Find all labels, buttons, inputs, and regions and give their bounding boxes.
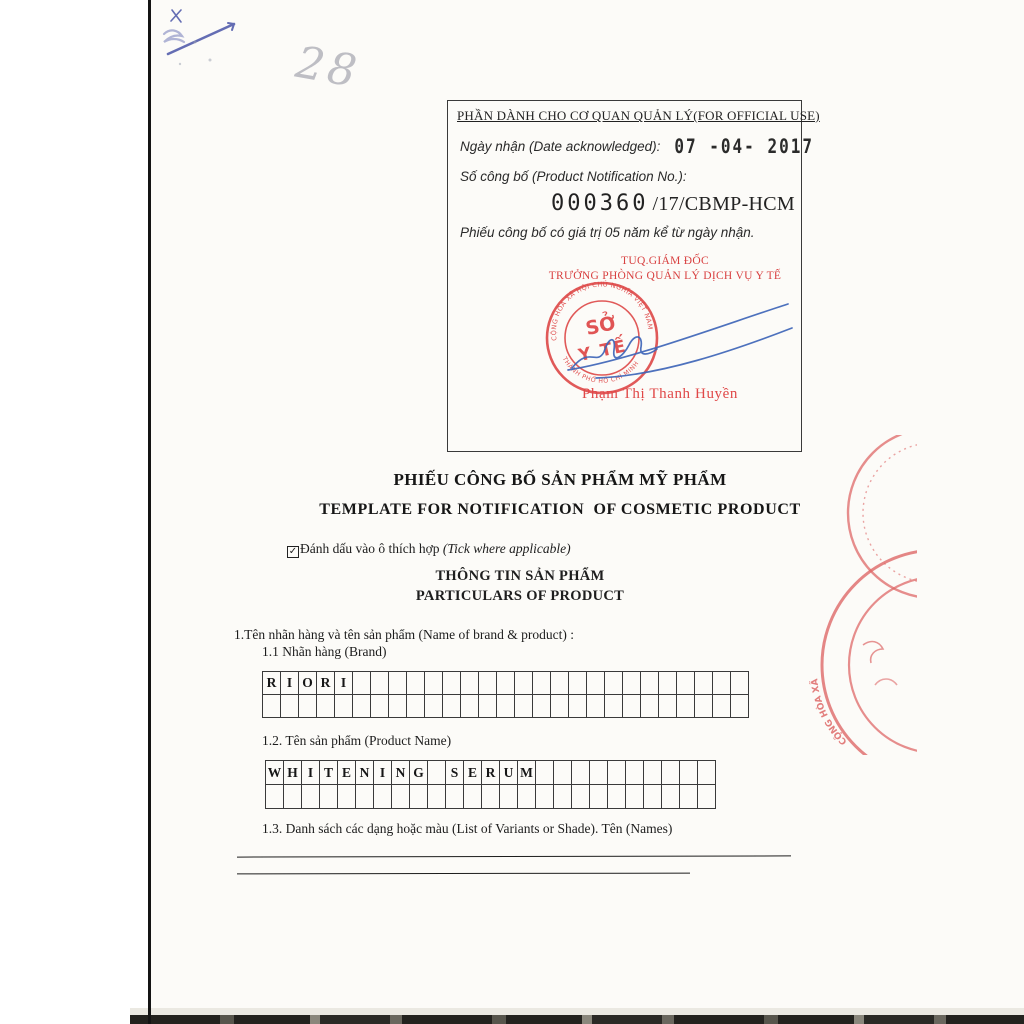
grid-cell [338, 785, 356, 809]
grid-cell [605, 672, 623, 695]
section-heading-vietnamese: THÔNG TIN SẢN PHẨM [240, 568, 800, 585]
grid-cell [587, 695, 605, 718]
grid-cell [680, 785, 698, 809]
grid-cell [371, 695, 389, 718]
date-acknowledged-row: Ngày nhận (Date acknowledged):07 -04- 20… [460, 137, 814, 156]
grid-cell [425, 672, 443, 695]
grid-cell [731, 672, 749, 695]
section-heading-english: PARTICULARS OF PRODUCT [240, 588, 800, 605]
grid-cell [353, 695, 371, 718]
stamp-center-line1: SỞ [583, 309, 618, 340]
grid-cell [371, 672, 389, 695]
grid-cell: R [263, 672, 281, 695]
tick-instruction-en: (Tick where applicable) [443, 541, 571, 556]
grid-cell [608, 761, 626, 785]
scan-edge-line [148, 0, 151, 1024]
stamp-center-line2: Y TẾ [575, 332, 629, 366]
grid-cell [731, 695, 749, 718]
grid-cell [284, 785, 302, 809]
grid-cell [482, 785, 500, 809]
grid-cell [500, 785, 518, 809]
grid-cell: I [302, 761, 320, 785]
validity-note: Phiếu công bố có giá trị 05 năm kể từ ng… [460, 225, 755, 240]
grid-cell [536, 785, 554, 809]
grid-cell: E [338, 761, 356, 785]
grid-cell [446, 785, 464, 809]
form-title-vietnamese: PHIẾU CÔNG BỐ SẢN PHẨM MỸ PHẨM [240, 470, 880, 490]
grid-cell [713, 672, 731, 695]
grid-cell [515, 672, 533, 695]
grid-cell [608, 785, 626, 809]
notification-number-suffix: /17/CBMP-HCM [652, 193, 795, 215]
grid-cell [281, 695, 299, 718]
grid-cell [389, 672, 407, 695]
date-acknowledged-label: Ngày nhận (Date acknowledged): [460, 139, 660, 154]
grid-cell [572, 761, 590, 785]
grid-cell [407, 672, 425, 695]
grid-cell [479, 695, 497, 718]
scan-bottom-edge [130, 1015, 1024, 1024]
grid-cell [533, 695, 551, 718]
grid-cell [662, 761, 680, 785]
product-name-grid: WHITENINGSERUM [265, 760, 716, 809]
grid-cell [425, 695, 443, 718]
notification-number-row: 000360 /17/CBMP-HCM [551, 191, 795, 216]
grid-cell [428, 761, 446, 785]
grid-cell [590, 761, 608, 785]
grid-cell [302, 785, 320, 809]
notification-number: 000360 [551, 191, 648, 216]
grid-cell: U [500, 761, 518, 785]
grid-cell [644, 761, 662, 785]
grid-cell [698, 761, 716, 785]
brand-name-grid: RIORI [262, 671, 749, 718]
grid-cell [623, 672, 641, 695]
grid-cell [320, 785, 338, 809]
grid-cell [641, 695, 659, 718]
grid-cell [623, 695, 641, 718]
grid-cell: I [374, 761, 392, 785]
grid-cell: R [482, 761, 500, 785]
grid-cell [677, 672, 695, 695]
grid-cell [695, 695, 713, 718]
grid-cell [299, 695, 317, 718]
grid-cell [497, 695, 515, 718]
pen-scribble-mark [150, 2, 270, 77]
grid-cell [698, 785, 716, 809]
tick-instruction-row: ✓Đánh dấu vào ô thích hợp (Tick where ap… [287, 541, 571, 558]
grid-cell [536, 761, 554, 785]
grid-cell [569, 672, 587, 695]
grid-cell: M [518, 761, 536, 785]
grid-cell [497, 672, 515, 695]
grid-cell [392, 785, 410, 809]
edge-stamp-fragments: CỘNG HÒA XÃ [805, 435, 917, 755]
grid-cell: T [320, 761, 338, 785]
grid-cell [626, 785, 644, 809]
grid-cell [605, 695, 623, 718]
grid-cell [587, 672, 605, 695]
grid-cell [374, 785, 392, 809]
grid-cell [443, 672, 461, 695]
field-product-name-label: 1.2. Tên sản phẩm (Product Name) [262, 733, 451, 749]
grid-cell [263, 695, 281, 718]
grid-cell [464, 785, 482, 809]
grid-cell [554, 785, 572, 809]
grid-cell: I [335, 672, 353, 695]
grid-cell [713, 695, 731, 718]
field-brand-label: 1.1 Nhãn hàng (Brand) [262, 644, 386, 660]
grid-cell [410, 785, 428, 809]
grid-cell: W [266, 761, 284, 785]
date-stamp-value: 07 -04- 2017 [674, 135, 814, 158]
signer-title-line1: TUQ.GIÁM ĐỐC [540, 255, 790, 267]
edge-stamp-ring-text: CỘNG HÒA XÃ [809, 678, 849, 746]
grid-cell [356, 785, 374, 809]
grid-cell [659, 695, 677, 718]
grid-cell [626, 761, 644, 785]
grid-cell [461, 672, 479, 695]
grid-cell: H [284, 761, 302, 785]
grid-cell [659, 672, 677, 695]
form-title-english: TEMPLATE FOR NOTIFICATION OF COSMETIC PR… [240, 501, 880, 519]
grid-cell [266, 785, 284, 809]
grid-cell [644, 785, 662, 809]
grid-cell [428, 785, 446, 809]
grid-cell [533, 672, 551, 695]
grid-cell: S [446, 761, 464, 785]
grid-cell: E [464, 761, 482, 785]
grid-cell [518, 785, 536, 809]
notification-no-label: Số công bố (Product Notification No.): [460, 169, 687, 184]
grid-cell: G [410, 761, 428, 785]
grid-cell: I [281, 672, 299, 695]
grid-cell: R [317, 672, 335, 695]
grid-cell [407, 695, 425, 718]
grid-cell [641, 672, 659, 695]
grid-cell [590, 785, 608, 809]
grid-cell [515, 695, 533, 718]
grid-cell [554, 761, 572, 785]
grid-cell [461, 695, 479, 718]
grid-cell [680, 761, 698, 785]
tick-instruction-vi: Đánh dấu vào ô thích hợp [300, 541, 443, 556]
field-brand-and-product-label: 1.Tên nhãn hàng và tên sản phẩm (Name of… [234, 627, 574, 643]
grid-cell [572, 785, 590, 809]
field-variants-label: 1.3. Danh sách các dạng hoặc màu (List o… [262, 821, 672, 837]
grid-cell [551, 695, 569, 718]
grid-cell [389, 695, 407, 718]
grid-cell [479, 672, 497, 695]
grid-cell [569, 695, 587, 718]
grid-cell [317, 695, 335, 718]
grid-cell [695, 672, 713, 695]
handwritten-page-number: 28 [292, 37, 364, 98]
grid-cell: O [299, 672, 317, 695]
grid-cell [662, 785, 680, 809]
grid-cell [551, 672, 569, 695]
grid-cell [335, 695, 353, 718]
grid-cell: N [392, 761, 410, 785]
grid-cell: N [356, 761, 374, 785]
signer-name: Phạm Thị Thanh Huyền [540, 386, 780, 403]
grid-cell [677, 695, 695, 718]
official-use-header: PHẦN DÀNH CHO CƠ QUAN QUẢN LÝ(FOR OFFICI… [457, 108, 793, 124]
checked-checkbox-icon: ✓ [287, 546, 299, 558]
grid-cell [443, 695, 461, 718]
grid-cell [353, 672, 371, 695]
svg-text:CỘNG HÒA XÃ: CỘNG HÒA XÃ [809, 678, 849, 746]
